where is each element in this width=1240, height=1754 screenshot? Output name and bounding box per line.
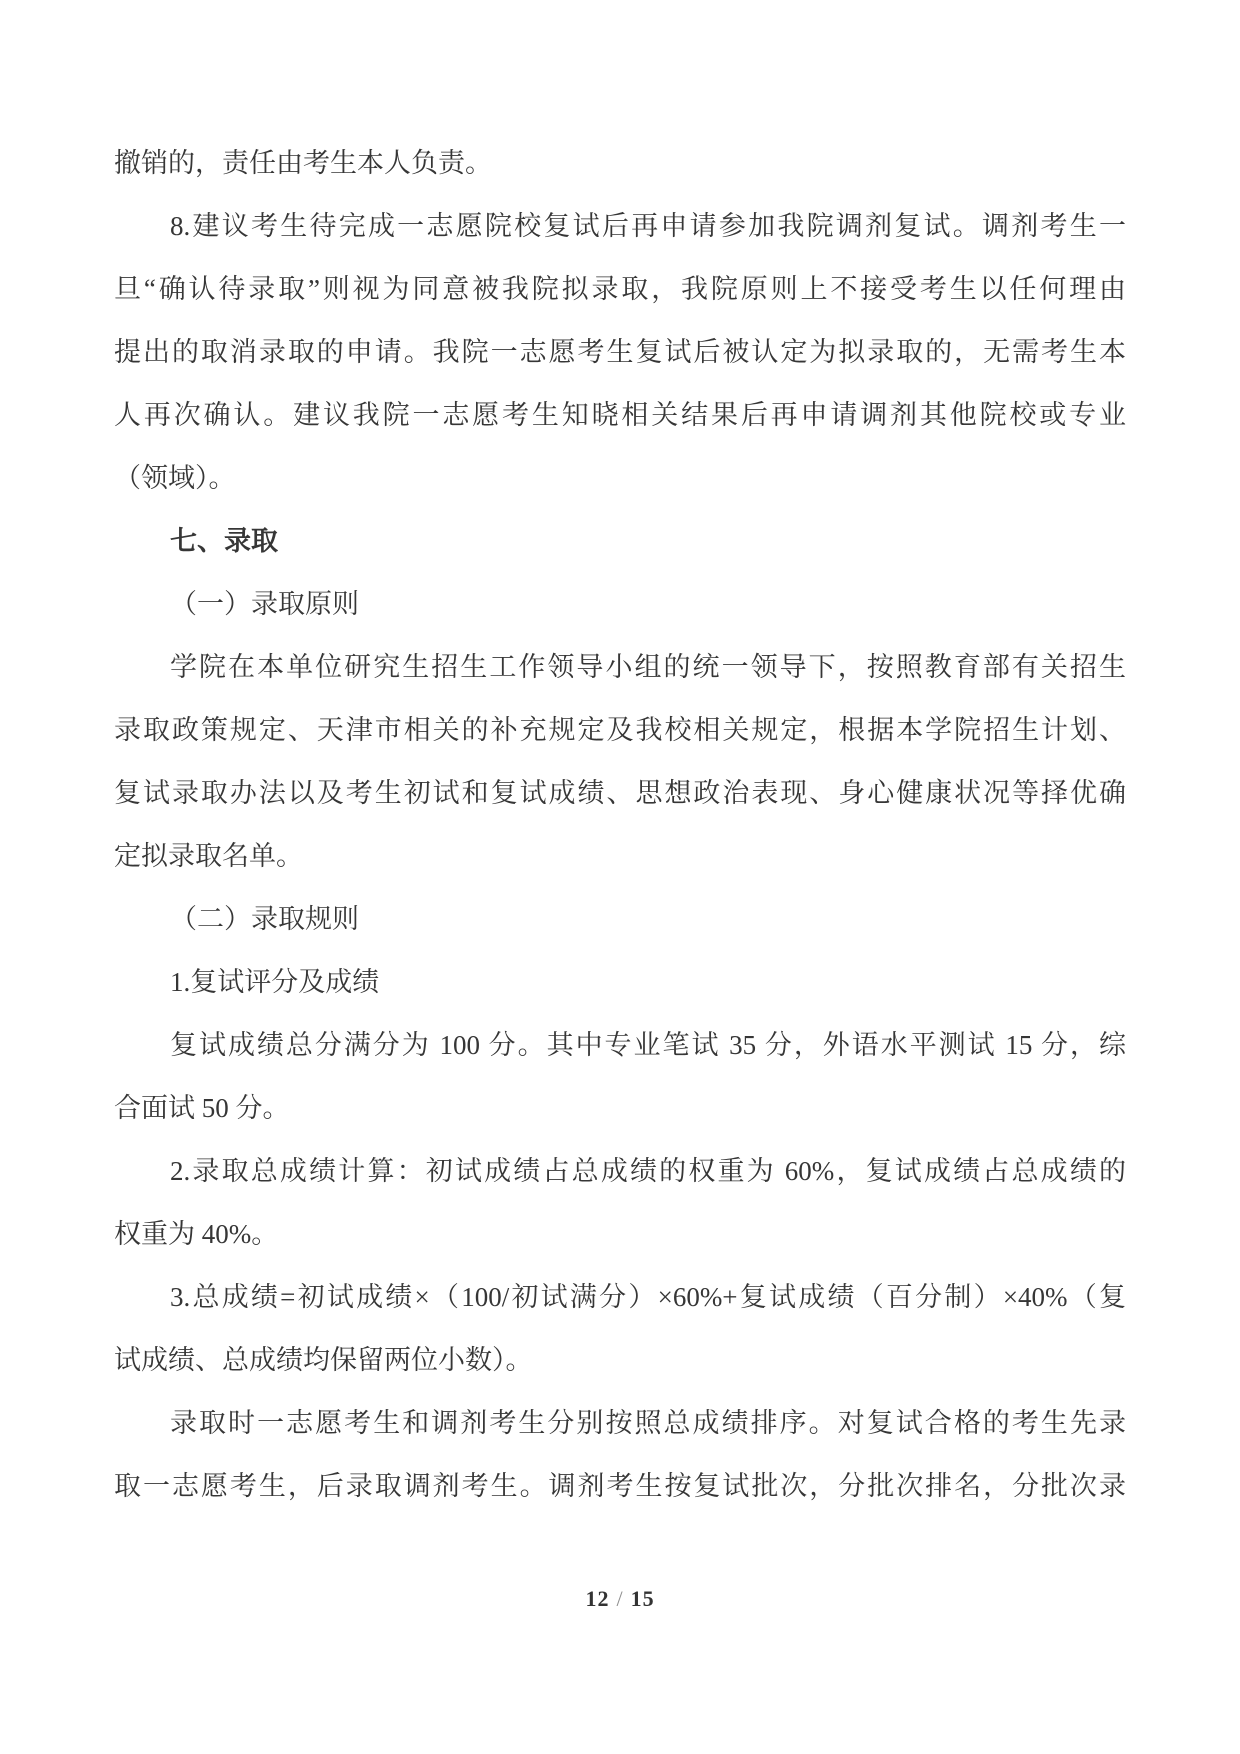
ranking-paragraph-line-2: 取一志愿考生，后录取调剂考生。调剂考生按复试批次，分批次排名，分批次录 [114,1455,1126,1518]
item8-line-1: 8.建议考生待完成一志愿院校复试后再申请参加我院调剂复试。调剂考生一 [114,195,1126,258]
item8-line-3: 提出的取消录取的申请。我院一志愿考生复试后被认定为拟录取的，无需考生本 [114,321,1126,384]
principles-line-3: 复试录取办法以及考生初试和复试成绩、思想政治表现、身心健康状况等择优确 [114,762,1126,825]
rule2-line-2: 权重为 40%。 [114,1203,1126,1266]
item8-line-5: （领域）。 [114,447,1126,510]
page-number-separator: / [609,1586,630,1611]
rule1-line-2: 合面试 50 分。 [114,1077,1126,1140]
item8-line-4: 人再次确认。建议我院一志愿考生知晓相关结果后再申请调剂其他院校或专业 [114,384,1126,447]
principles-line-1: 学院在本单位研究生招生工作领导小组的统一领导下，按照教育部有关招生 [114,636,1126,699]
principles-line-4: 定拟录取名单。 [114,825,1126,888]
rule3-formula-line-2: 试成绩、总成绩均保留两位小数）。 [114,1329,1126,1392]
rule1-heading: 1.复试评分及成绩 [114,951,1126,1014]
rule3-formula-line-1: 3.总成绩=初试成绩×（100/初试满分）×60%+复试成绩（百分制）×40%（… [114,1266,1126,1329]
page-footer: 12/15 [0,1586,1240,1612]
principles-line-2: 录取政策规定、天津市相关的补充规定及我校相关规定，根据本学院招生计划、 [114,699,1126,762]
document-content: 撤销的，责任由考生本人负责。 8.建议考生待完成一志愿院校复试后再申请参加我院调… [0,132,1240,1518]
subsection-admission-rules: （二）录取规则 [114,888,1126,951]
section-heading-admission: 七、录取 [114,510,1126,573]
paragraph-carryover-line: 撤销的，责任由考生本人负责。 [114,132,1126,195]
page-number-current: 12 [585,1586,609,1611]
subsection-admission-principles: （一）录取原则 [114,573,1126,636]
item8-line-2: 旦“确认待录取”则视为同意被我院拟录取，我院原则上不接受考生以任何理由 [114,258,1126,321]
ranking-paragraph-line-1: 录取时一志愿考生和调剂考生分别按照总成绩排序。对复试合格的考生先录 [114,1392,1126,1455]
page-number-total: 15 [631,1586,655,1611]
rule1-line-1: 复试成绩总分满分为 100 分。其中专业笔试 35 分，外语水平测试 15 分，… [114,1014,1126,1077]
document-page: 撤销的，责任由考生本人负责。 8.建议考生待完成一志愿院校复试后再申请参加我院调… [0,0,1240,1754]
rule2-line-1: 2.录取总成绩计算：初试成绩占总成绩的权重为 60%，复试成绩占总成绩的 [114,1140,1126,1203]
